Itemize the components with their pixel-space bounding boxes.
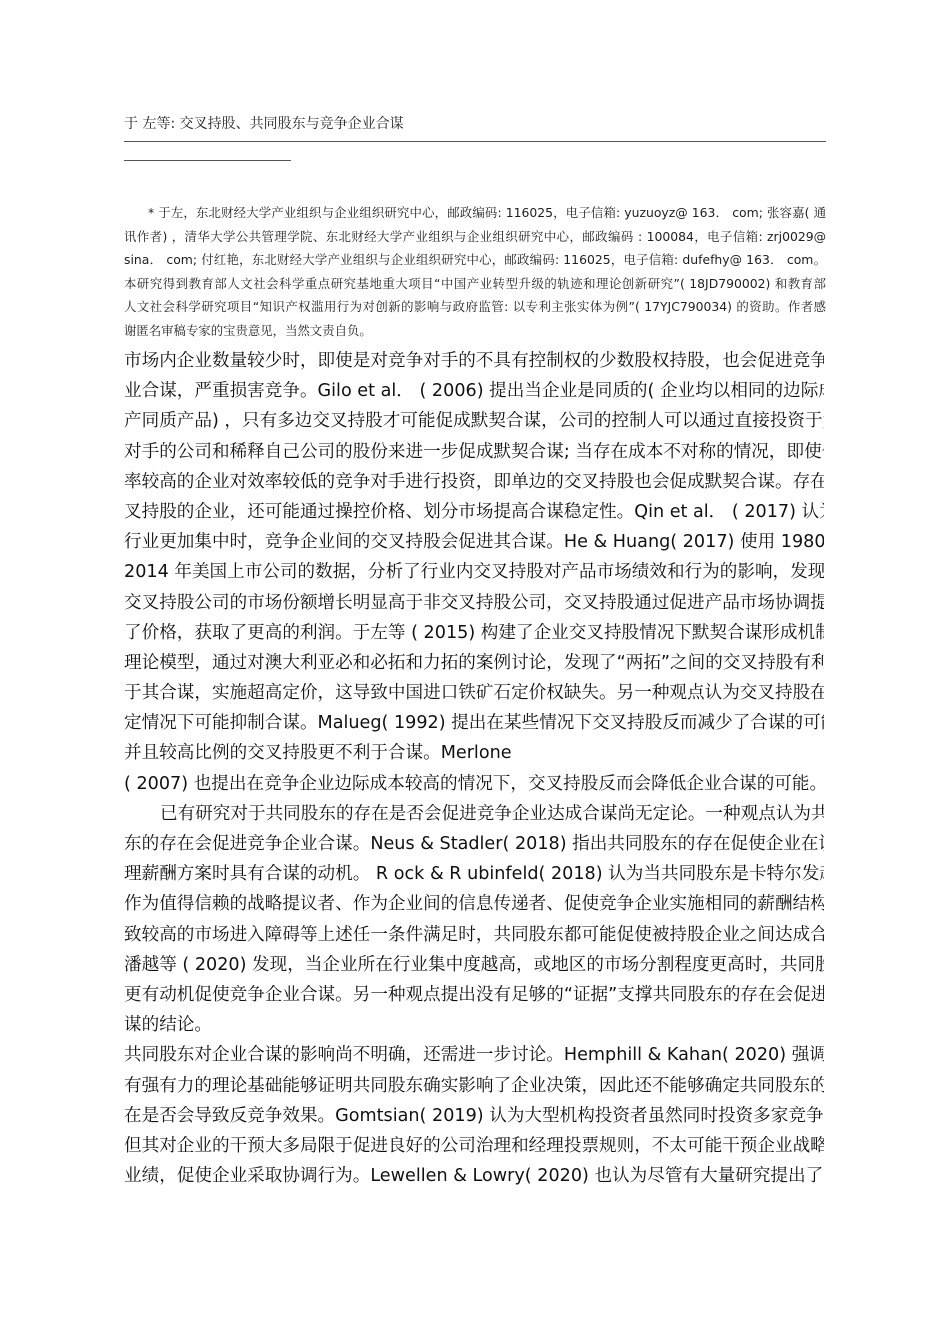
body-line: 作为值得信赖的战略提议者、作为企业间的信息传递者、促使竞争企业实施相同的薪酬结构… [124,889,824,919]
footnote-line: sina． com; 付红艳，东北财经大学产业组织与企业组织研究中心，邮政编码:… [124,248,826,272]
body-line: 业合谋，严重损害竞争。Gilo et al． ( 2006) 提出当企业是同质的… [124,376,824,406]
body-line: 叉持股的企业，还可能通过操控价格、划分市场提高合谋稳定性。Qin et al． … [124,497,824,527]
body-line: 定情况下可能抑制合谋。Malueg( 1992) 提出在某些情况下交叉持股反而减… [124,708,824,738]
body-line: 了价格，获取了更高的利润。于左等 ( 2015) 构建了企业交叉持股情况下默契合… [124,618,824,648]
body-line: 产同质产品) ，只有多边交叉持股才可能促成默契合谋，公司的控制人可以通过直接投资… [124,406,824,436]
body-line: 更有动机促使竞争企业合谋。另一种观点提出没有足够的“证据”支撑共同股东的存在会促… [124,980,824,1010]
header-rule [124,141,826,142]
footnote-separator [124,160,291,161]
running-head: 于 左等: 交叉持股、共同股东与竞争企业合谋 [124,114,404,134]
body-line: 行业更加集中时，竞争企业间的交叉持股会促进其合谋。He & Huang( 201… [124,527,824,557]
body-text: 市场内企业数量较少时，即使是对竞争对手的不具有控制权的少数股权持股，也会促进竞争… [124,346,824,1191]
body-line: 有强有力的理论基础能够证明共同股东确实影响了企业决策，因此还不能够确定共同股东的… [124,1071,824,1101]
footnote-line: 讯作者) ，清华大学公共管理学院、东北财经大学产业组织与企业组织研究中心，邮政编… [124,225,826,249]
body-line: 东的存在会促进竞争企业合谋。Neus & Stadler( 2018) 指出共同… [124,829,824,859]
body-line: 理论模型，通过对澳大利亚必和必拓和力拓的案例讨论，发现了“两拓”之间的交叉持股有… [124,648,824,678]
body-line: 在是否会导致反竞争效果。Gomtsian( 2019) 认为大型机构投资者虽然同… [124,1101,824,1131]
body-line: 理薪酬方案时具有合谋的动机。 R ock & R ubinfeld( 2018)… [124,859,824,889]
body-line: 业绩，促使企业采取协调行为。Lewellen & Lowry( 2020) 也认… [124,1161,824,1191]
body-line: 谋的结论。 [124,1010,824,1040]
body-line: 2014 年美国上市公司的数据，分析了行业内交叉持股对产品市场绩效和行为的影响，… [124,557,824,587]
body-line: 对手的公司和稀释自己公司的股份来进一步促成默契合谋; 当存在成本不对称的情况，即… [124,437,824,467]
body-line: 市场内企业数量较少时，即使是对竞争对手的不具有控制权的少数股权持股，也会促进竞争… [124,346,824,376]
body-line: 率较高的企业对效率较低的竞争对手进行投资，即单边的交叉持股也会促成默契合谋。存在… [124,467,824,497]
footnote-line: 人文社会科学研究项目“知识产权滥用行为对创新的影响与政府监管: 以专利主张实体为… [124,295,826,319]
footnote-line: * 于左，东北财经大学产业组织与企业组织研究中心，邮政编码: 116025，电子… [124,201,826,225]
paragraph-start-line: 已有研究对于共同股东的存在是否会促进竞争企业达成合谋尚无定论。一种观点认为共同股 [124,799,824,829]
body-line: 潘越等 ( 2020) 发现，当企业所在行业集中度越高，或地区的市场分割程度更高… [124,950,824,980]
body-line: 于其合谋，实施超高定价，这导致中国进口铁矿石定价权缺失。另一种观点认为交叉持股在… [124,678,824,708]
body-line: 并且较高比例的交叉持股更不利于合谋。Merlone [124,738,824,768]
footnote-line: 谢匿名审稿专家的宝贵意见，当然文责自负。 [124,319,826,343]
body-line: 致较高的市场进入障碍等上述任一条件满足时，共同股东都可能促使被持股企业之间达成合… [124,920,824,950]
paragraph-start-line: 共同股东对企业合谋的影响尚不明确，还需进一步讨论。Hemphill & Kaha… [124,1040,824,1070]
body-line: 但其对企业的干预大多局限于促进良好的公司治理和经理投票规则，不太可能干预企业战略… [124,1131,824,1161]
author-footnote: * 于左，东北财经大学产业组织与企业组织研究中心，邮政编码: 116025，电子… [124,201,826,343]
footnote-line: 本研究得到教育部人文社会科学重点研究基地重大项目“中国产业转型升级的轨迹和理论创… [124,272,826,296]
body-line: ( 2007) 也提出在竞争企业边际成本较高的情况下，交叉持股反而会降低企业合谋… [124,769,824,799]
body-line: 交叉持股公司的市场份额增长明显高于非交叉持股公司，交叉持股通过促进产品市场协调提… [124,588,824,618]
